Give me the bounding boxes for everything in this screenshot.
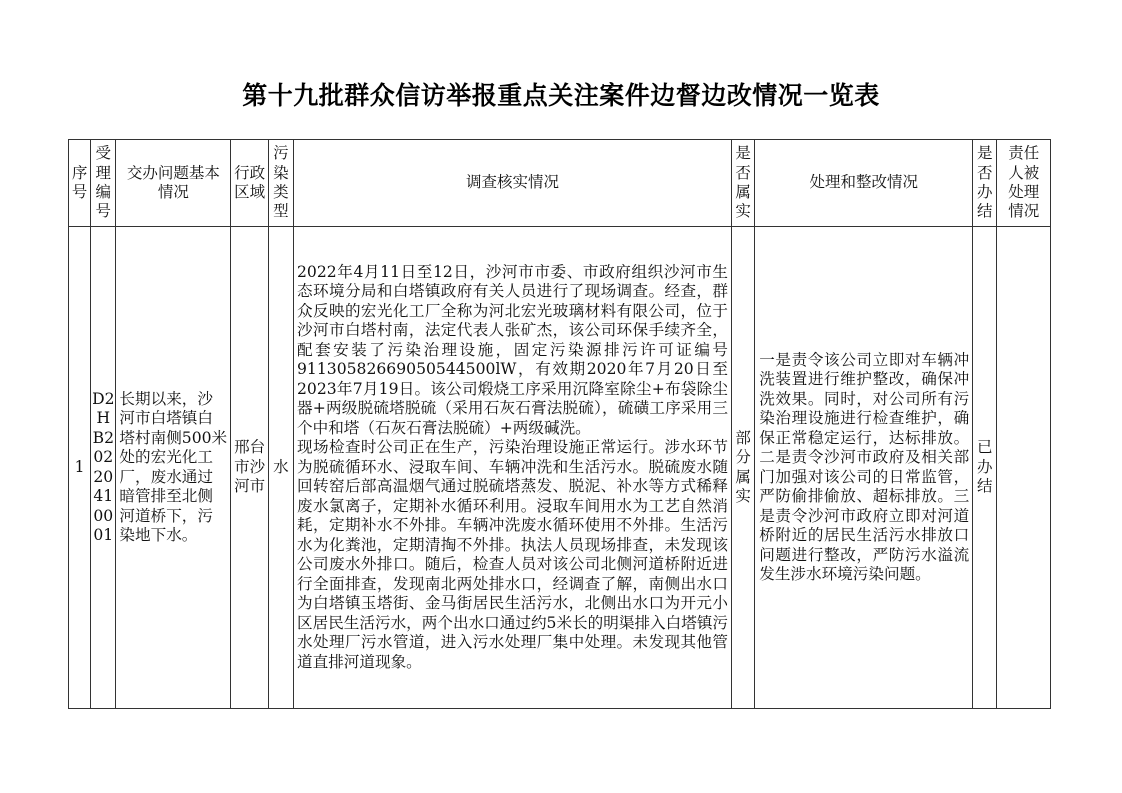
header-problem: 交办问题基本情况 [116, 140, 231, 227]
header-is-true: 是否属实 [732, 140, 755, 227]
header-region: 行政区域 [231, 140, 268, 227]
cell-case-id: D2HB20220410001 [91, 227, 116, 709]
header-is-closed: 是否办结 [973, 140, 997, 227]
header-seq-label: 序号 [71, 164, 88, 203]
is-true-value: 部分属实 [735, 429, 752, 507]
investigation-para-1: 2022年4月11日至12日，沙河市市委、市政府组织沙河市生态环境分局和白塔镇政… [297, 263, 728, 439]
header-accountability: 责任人被处理情况 [997, 140, 1051, 227]
header-case-id-label: 受理编号 [95, 144, 112, 222]
pollution-type-value: 水 [273, 458, 289, 476]
header-region-label: 行政区域 [233, 164, 267, 203]
cell-investigation: 2022年4月11日至12日，沙河市市委、市政府组织沙河市生态环境分局和白塔镇政… [294, 227, 732, 709]
header-handling: 处理和整改情况 [755, 140, 973, 227]
cell-accountability [997, 227, 1051, 709]
region-value: 邢台市沙河市 [233, 438, 267, 496]
page-title: 第十九批群众信访举报重点关注案件边督边改情况一览表 [0, 76, 1122, 112]
header-problem-label: 交办问题基本情况 [123, 164, 223, 203]
cell-is-true: 部分属实 [732, 227, 755, 709]
cell-problem: 长期以来，沙河市白塔镇白塔村南侧500米处的宏光化工厂，废水通过暗管排至北侧河道… [116, 227, 231, 709]
cell-region: 邢台市沙河市 [231, 227, 268, 709]
investigation-para-2: 现场检查时公司正在生产，污染治理设施正常运行。涉水环节为脱硫循环水、浸取车间、车… [297, 438, 728, 672]
cell-seq: 1 [69, 227, 91, 709]
table-row: 1 D2HB20220410001 长期以来，沙河市白塔镇白塔村南侧500米处的… [69, 227, 1051, 709]
header-row: 序号 受理编号 交办问题基本情况 行政区域 污染类型 调查核实情况 是否属实 处… [69, 140, 1051, 227]
cell-handling: 一是责令该公司立即对车辆冲洗装置进行维护整改，确保冲洗效果。同时，对公司所有污染… [755, 227, 973, 709]
header-pollution-type: 污染类型 [268, 140, 293, 227]
header-accountability-label: 责任人被处理情况 [1007, 144, 1041, 222]
header-case-id: 受理编号 [91, 140, 116, 227]
header-investigation: 调查核实情况 [294, 140, 732, 227]
header-is-true-label: 是否属实 [735, 144, 752, 222]
problem-text: 长期以来，沙河市白塔镇白塔村南侧500米处的宏光化工厂，废水通过暗管排至北侧河道… [116, 390, 230, 546]
header-pollution-type-label: 污染类型 [272, 144, 289, 222]
cell-pollution-type: 水 [268, 227, 293, 709]
handling-text: 一是责令该公司立即对车辆冲洗装置进行维护整改，确保冲洗效果。同时，对公司所有污染… [755, 351, 972, 585]
header-handling-label: 处理和整改情况 [809, 173, 918, 191]
investigation-text: 2022年4月11日至12日，沙河市市委、市政府组织沙河市生态环境分局和白塔镇政… [294, 261, 731, 675]
header-is-closed-label: 是否办结 [976, 144, 993, 222]
header-investigation-label: 调查核实情况 [466, 173, 559, 191]
seq-value: 1 [75, 458, 85, 476]
header-seq: 序号 [69, 140, 91, 227]
cell-is-closed: 已办结 [973, 227, 997, 709]
case-table: 序号 受理编号 交办问题基本情况 行政区域 污染类型 调查核实情况 是否属实 处… [68, 139, 1051, 709]
case-id-value: D2HB20220410001 [91, 390, 115, 546]
is-closed-value: 已办结 [976, 438, 993, 496]
